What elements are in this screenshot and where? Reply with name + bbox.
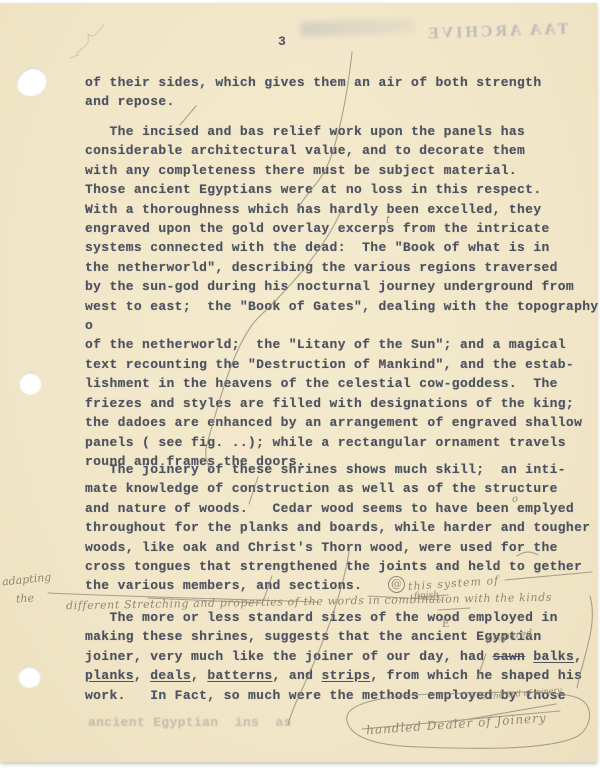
typed-line: joiner, very much like the joiner of our… (85, 647, 582, 666)
pencil-faint-scribble (76, 25, 104, 55)
page-number: 3 (278, 34, 286, 49)
faded-typed-line: ancient Egyptian ins as (88, 713, 292, 732)
ink-smudge (300, 18, 415, 37)
typed-fragment: , (134, 668, 150, 683)
underlined-word: strips (321, 668, 370, 683)
typed-fragment: , from which he shaped his (370, 668, 582, 683)
hole-punch-bottom (18, 666, 41, 688)
inserted-letter-o: o (512, 494, 518, 505)
typed-paragraph-3: The joinery of these shrines shows much … (85, 460, 600, 596)
typed-line: The more or less standard sizes of the w… (85, 608, 558, 627)
underlined-word: balks (533, 649, 574, 664)
typed-line: planks, deals, batterns, and strips, fro… (85, 666, 582, 685)
margin-note-line2: the (16, 591, 35, 605)
small-pencil-word: finish (414, 590, 440, 601)
typed-fragment: joiner, very much like the joiner of our… (85, 649, 493, 664)
underlined-word: batterns (207, 668, 272, 683)
typed-paragraph-1: of their sides, which gives them an air … (85, 73, 585, 112)
circled-note-main-line: handled Dealer of Joinery (366, 711, 547, 738)
scanned-document-page: TAA ARCHIVE 3 of their sides, which give… (0, 3, 597, 762)
typed-fragment: , and (273, 668, 322, 683)
underlined-word: planks (85, 668, 134, 683)
struck-word: sawn (493, 649, 526, 664)
inserted-letter-t: t (386, 215, 390, 226)
circled-at-annotation: @ (388, 576, 405, 593)
typed-fragment: , (574, 649, 582, 664)
hole-punch-middle (19, 372, 42, 395)
typed-paragraph-2: The incised and bas relief work upon the… (85, 122, 600, 471)
pencil-faint-scribble (70, 55, 79, 58)
inserted-letter-E: E (442, 619, 449, 630)
archive-stamp-mirrored: TAA ARCHIVE (425, 21, 569, 44)
typed-line: making these shrines, suggests that the … (85, 627, 541, 646)
margin-note-line1: adapting (1, 570, 51, 588)
underlined-word: deals (150, 668, 191, 683)
typed-fragment: , (191, 668, 207, 683)
